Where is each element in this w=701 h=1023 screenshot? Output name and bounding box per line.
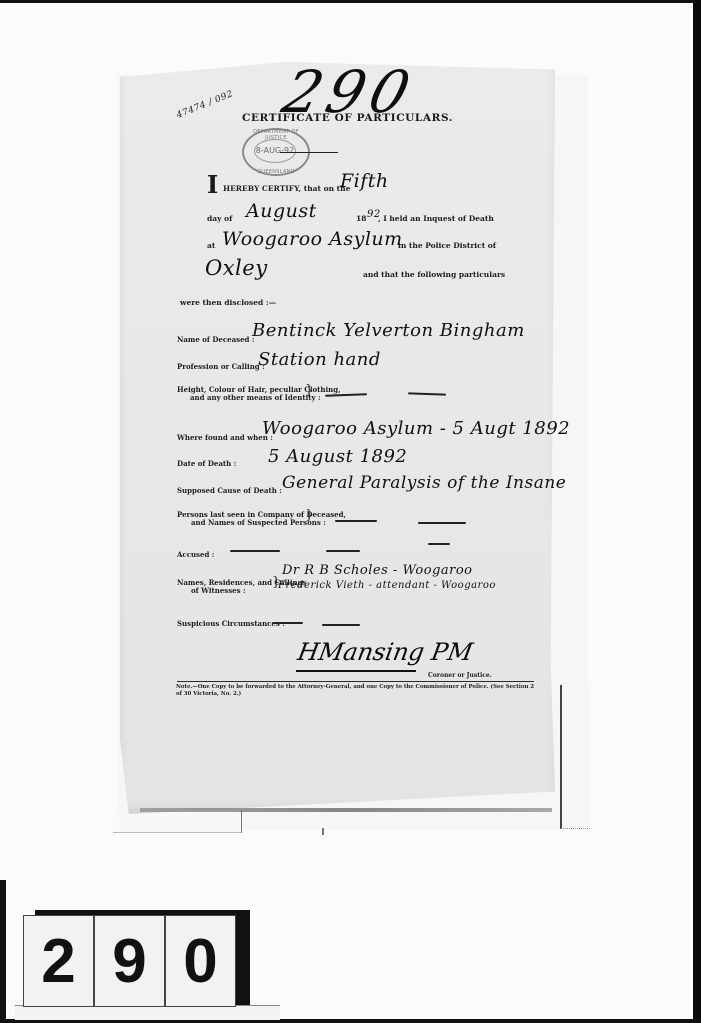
identity-label-line-2: and any other means of Identity : xyxy=(190,393,321,402)
big-initial: I xyxy=(207,170,218,199)
signature-underline xyxy=(296,670,416,672)
persons-dash-3 xyxy=(428,543,450,545)
day-value: Fifth xyxy=(340,170,389,192)
stamp-stroke xyxy=(280,152,338,153)
footnote: Note.—One Copy to be forwarded to the At… xyxy=(176,684,536,698)
suspicious-label: Suspicious Circumstances : xyxy=(177,619,285,628)
suspicious-dash-2 xyxy=(322,624,360,626)
profession-value: Station hand xyxy=(258,349,381,370)
number-cards-base xyxy=(15,1005,280,1020)
found-label: Where found and when : xyxy=(177,433,273,442)
accused-dash-1 xyxy=(230,550,280,552)
witnesses-label-line-2: of Witnesses : xyxy=(191,586,246,595)
at-label: at xyxy=(207,241,215,250)
district-value: Oxley xyxy=(205,256,268,280)
backing-tab-right xyxy=(560,685,590,829)
profession-label: Profession or Calling : xyxy=(177,362,265,371)
date-of-death-value: 5 August 1892 xyxy=(268,446,407,467)
stamp-ring-bottom: QUEENSLAND xyxy=(248,169,304,175)
name-value: Bentinck Yelverton Bingham xyxy=(252,320,525,341)
certificate-title: CERTIFICATE OF PARTICULARS. xyxy=(242,112,453,124)
cause-label: Supposed Cause of Death : xyxy=(177,486,282,495)
place-value: Woogaroo Asylum xyxy=(222,228,403,250)
signature-title: Coroner or Justice. xyxy=(428,672,492,679)
particulars-text: and that the following particulars xyxy=(363,270,505,279)
found-value: Woogaroo Asylum - 5 Augt 1892 xyxy=(262,418,570,439)
year-prefix: 18 xyxy=(356,214,366,223)
accused-label: Accused : xyxy=(177,550,214,559)
paper-edge-shadow xyxy=(140,808,552,812)
frame-number-card-3: 0 xyxy=(165,915,236,1007)
inquest-text: , I held an Inquest of Death xyxy=(378,214,494,223)
scan-frame-top xyxy=(0,0,701,3)
persons-dash-2 xyxy=(418,522,466,524)
coroner-signature: HMansing PM xyxy=(296,638,475,666)
certify-text: HEREBY CERTIFY, that on the xyxy=(223,184,350,193)
month-value: August xyxy=(246,200,317,222)
stamp-date: 8-AUG-92 xyxy=(254,139,296,163)
note-divider xyxy=(177,681,534,682)
name-label: Name of Deceased : xyxy=(177,335,254,344)
witness-2: Frederick Vieth - attendant - Woogaroo xyxy=(278,580,496,591)
scan-frame-right xyxy=(693,0,701,1023)
persons-brace: } xyxy=(305,508,313,523)
day-of-label: day of xyxy=(207,214,232,223)
frame-number-card-1: 2 xyxy=(23,915,94,1007)
witness-1: Dr R B Scholes - Woogaroo xyxy=(282,563,473,578)
police-district-text: in the Police District of xyxy=(398,241,496,250)
tick-mark xyxy=(322,828,324,835)
disclosed-text: were then disclosed :— xyxy=(180,298,276,307)
frame-number-card-2: 9 xyxy=(94,915,165,1007)
scan-frame-left xyxy=(0,880,6,1023)
date-of-death-label: Date of Death : xyxy=(177,459,236,468)
suspicious-dash-1 xyxy=(273,622,303,624)
persons-dash-1 xyxy=(335,520,377,522)
identity-brace: } xyxy=(305,383,313,398)
cause-value: General Paralysis of the Insane xyxy=(282,473,566,493)
accused-dash-2 xyxy=(326,550,360,552)
